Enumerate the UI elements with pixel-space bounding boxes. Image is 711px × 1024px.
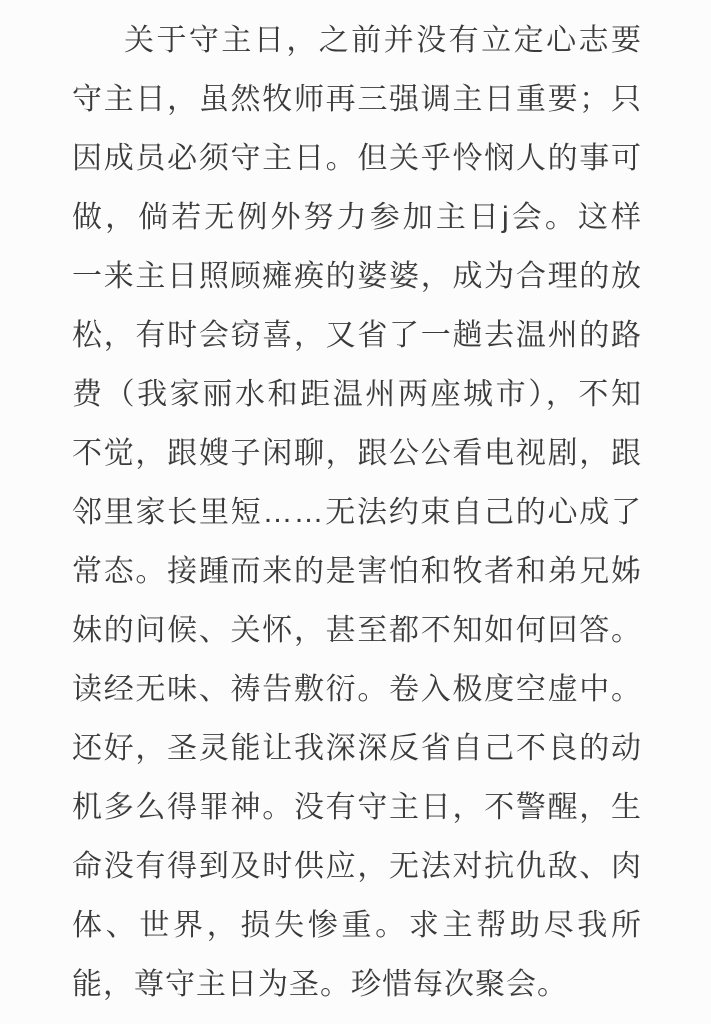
text-line: 做，倘若无例外努力参加主日j会。这样	[72, 188, 642, 247]
text-line: 不觉，跟嫂子闲聊，跟公公看电视剧，跟	[72, 424, 642, 483]
text-line: 机多么得罪神。没有守主日，不警醒，生	[72, 778, 642, 837]
text-line: 命没有得到及时供应，无法对抗仇敌、肉	[72, 837, 642, 896]
text-line: 因成员必须守主日。但关乎怜悯人的事可	[72, 129, 642, 188]
document-page: 关于守主日，之前并没有立定心志要 守主日，虽然牧师再三强调主日重要；只 因成员必…	[0, 0, 711, 1024]
text-line: 邻里家长里短……无法约束自己的心成了	[72, 483, 642, 542]
text-line: 一来主日照顾瘫痪的婆婆，成为合理的放	[72, 247, 642, 306]
text-line: 守主日，虽然牧师再三强调主日重要；只	[72, 70, 642, 129]
text-line: 常态。接踵而来的是害怕和牧者和弟兄姊	[72, 542, 642, 601]
text-line: 能，尊守主日为圣。珍惜每次聚会。	[72, 955, 642, 1014]
text-line: 读经无味、祷告敷衍。卷入极度空虚中。	[72, 660, 642, 719]
text-line: 松，有时会窃喜，又省了一趟去温州的路	[72, 306, 642, 365]
text-line: 关于守主日，之前并没有立定心志要	[72, 11, 642, 70]
text-line: 费（我家丽水和距温州两座城市），不知	[72, 365, 642, 424]
paragraph: 关于守主日，之前并没有立定心志要 守主日，虽然牧师再三强调主日重要；只 因成员必…	[72, 11, 642, 1014]
text-line: 还好，圣灵能让我深深反省自己不良的动	[72, 719, 642, 778]
text-line: 体、世界，损失惨重。求主帮助尽我所	[72, 896, 642, 955]
text-line: 妹的问候、关怀，甚至都不知如何回答。	[72, 601, 642, 660]
